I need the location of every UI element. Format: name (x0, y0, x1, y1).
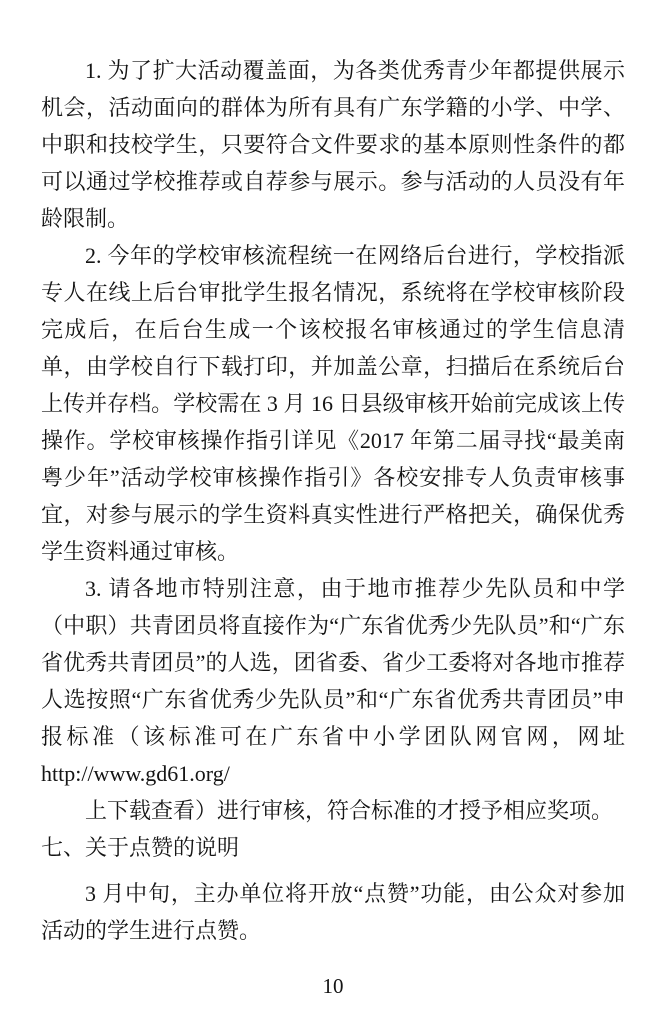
closing-paragraph: 3 月中旬，主办单位将开放“点赞”功能，由公众对参加活动的学生进行点赞。 (41, 875, 625, 949)
paragraph-3-continuation: 上下载查看）进行审核，符合标准的才授予相应奖项。 (41, 792, 625, 829)
document-page: 1. 为了扩大活动覆盖面，为各类优秀青少年都提供展示机会，活动面向的群体为所有具… (0, 0, 666, 1024)
paragraph-1: 1. 为了扩大活动覆盖面，为各类优秀青少年都提供展示机会，活动面向的群体为所有具… (41, 52, 625, 237)
paragraph-3: 3. 请各地市特别注意，由于地市推荐少先队员和中学（中职）共青团员将直接作为“广… (41, 570, 625, 792)
paragraph-2: 2. 今年的学校审核流程统一在网络后台进行，学校指派专人在线上后台审批学生报名情… (41, 237, 625, 570)
page-number: 10 (0, 974, 666, 998)
section-heading: 七、关于点赞的说明 (41, 829, 625, 866)
